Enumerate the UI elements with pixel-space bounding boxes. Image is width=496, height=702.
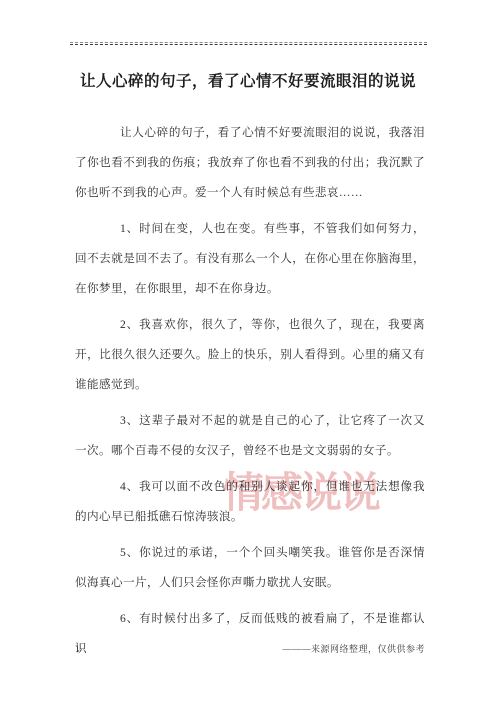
page-number: 1 [75, 644, 80, 654]
document-page: 让人心碎的句子，看了心情不好要流眼泪的说说 情感说说 让人心碎的句子，看了心情不… [0, 0, 496, 702]
page-title: 让人心碎的句子，看了心情不好要流眼泪的说说 [0, 0, 496, 94]
document-body: 让人心碎的句子，看了心情不好要流眼泪的说说，我落泪了你也看不到我的伤痕；我放弃了… [0, 118, 496, 664]
source-note: ———来源网络整理，仅供供参考 [282, 642, 425, 655]
paragraph: 6、有时候付出多了，反而低贱的被看扁了，不是谁都认识 [75, 604, 425, 664]
paragraph: 3、这辈子最对不起的就是自己的心了，让它疼了一次又一次。哪个百毒不侵的女汉子，曾… [75, 406, 425, 466]
header-dashed-rule [70, 42, 427, 45]
paragraph: 1、时间在变，人也在变。有些事，不管我们如何努力，回不去就是回不去了。有没有那么… [75, 214, 425, 304]
paragraph: 4、我可以面不改色的和别人谈起你，但谁也无法想像我的内心早已船抵礁石惊涛骇浪。 [75, 472, 425, 532]
paragraph: 让人心碎的句子，看了心情不好要流眼泪的说说，我落泪了你也看不到我的伤痕；我放弃了… [75, 118, 425, 208]
paragraph: 2、我喜欢你，很久了，等你，也很久了，现在，我要离开，比很久很久还要久。脸上的快… [75, 310, 425, 400]
paragraph: 5、你说过的承诺，一个个回头嘲笑我。谁管你是否深情似海真心一片，人们只会怪你声嘶… [75, 538, 425, 598]
page-footer: 1 ———来源网络整理，仅供供参考 [75, 642, 425, 655]
